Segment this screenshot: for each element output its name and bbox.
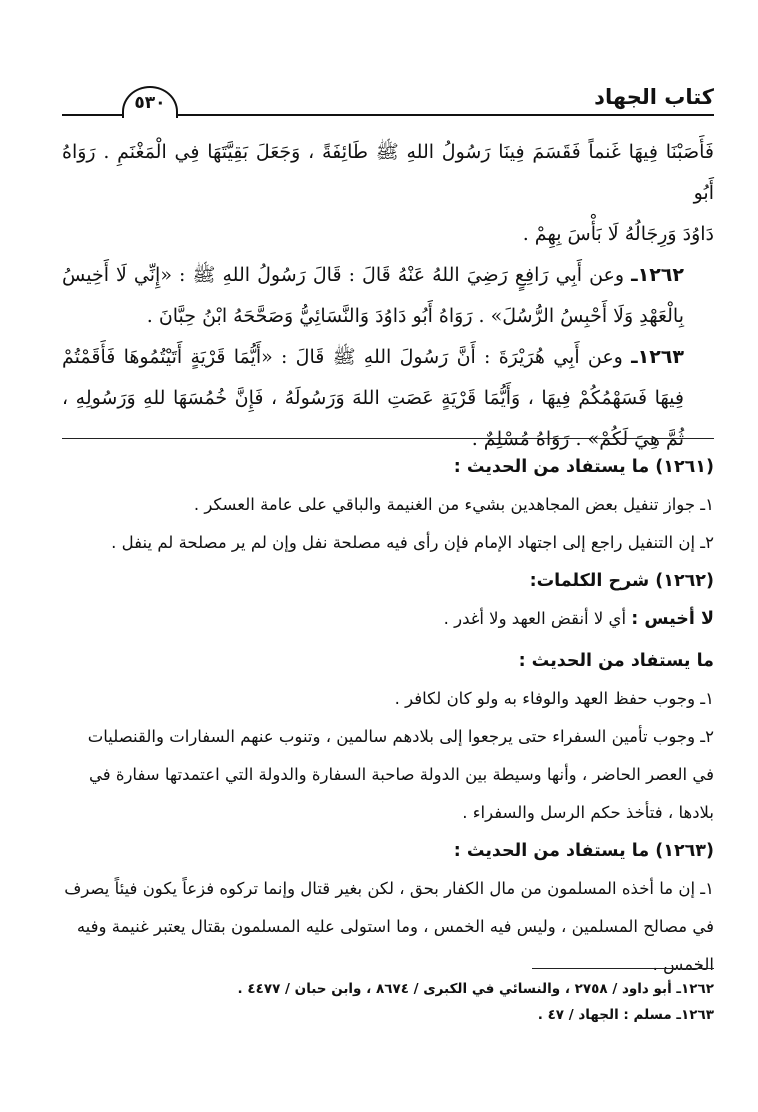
hadith-number: ١٢٦٣ـ xyxy=(631,346,684,368)
word-meaning: أي لا أنقض العهد ولا أغدر . xyxy=(444,609,626,628)
commentary: (١٢٦١) ما يستفاد من الحديث : ١ـ جواز تنف… xyxy=(62,448,714,984)
benefits-heading-1262: ما يستفاد من الحديث : xyxy=(62,642,714,680)
hadith-body: وعن أَبِي هُرَيْرَةَ : أَنَّ رَسُولَ الل… xyxy=(62,346,684,450)
benefit-item: ١ـ جواز تنفيل بعض المجاهدين بشيء من الغن… xyxy=(62,486,714,524)
hadith-text: فَأَصَبْنَا فِيهَا غَنماً فَقَسَمَ فِينَ… xyxy=(62,132,714,460)
hadith-1263: ١٢٦٣ـ وعن أَبِي هُرَيْرَةَ : أَنَّ رَسُو… xyxy=(62,337,714,460)
hadith-1262: ١٢٦٢ـ وعن أَبِي رَافِعٍ رَضِيَ اللهُ عَن… xyxy=(62,255,714,337)
section-divider xyxy=(62,438,714,439)
footnote-divider xyxy=(532,968,714,969)
benefit-item: ١ـ وجوب حفظ العهد والوفاء به ولو كان لكا… xyxy=(62,680,714,718)
footnote-item: ١٢٦٢ـ أبو داود / ٢٧٥٨ ، والنسائي في الكب… xyxy=(238,976,714,1002)
page-number: ٥٣٠ xyxy=(122,86,178,118)
word-term: لا أخيس : xyxy=(631,609,714,629)
section-heading-1261: (١٢٦١) ما يستفاد من الحديث : xyxy=(62,448,714,486)
benefit-item: ٢ـ إن التنفيل راجع إلى اجتهاد الإمام فإن… xyxy=(62,524,714,562)
hadith-continuation-line: فَأَصَبْنَا فِيهَا غَنماً فَقَسَمَ فِينَ… xyxy=(62,132,714,214)
word-definition: لا أخيس : أي لا أنقض العهد ولا أغدر . xyxy=(62,600,714,638)
benefit-item: ٢ـ وجوب تأمين السفراء حتى يرجعوا إلى بلا… xyxy=(62,718,714,832)
hadith-body: وعن أَبِي رَافِعٍ رَضِيَ اللهُ عَنْهُ قَ… xyxy=(62,264,684,327)
benefit-item: ١ـ إن ما أخذه المسلمون من مال الكفار بحق… xyxy=(62,870,714,984)
page-header: كتاب الجهاد ٥٣٠ xyxy=(62,82,714,116)
book-title: كتاب الجهاد xyxy=(594,85,714,109)
section-heading-1262: (١٢٦٢) شرح الكلمات: xyxy=(62,562,714,600)
hadith-continuation-line: دَاوُدَ وَرِجَالُهُ لَا بَأْسَ بِهِمْ . xyxy=(62,214,714,255)
section-heading-1263: (١٢٦٣) ما يستفاد من الحديث : xyxy=(62,832,714,870)
hadith-number: ١٢٦٢ـ xyxy=(631,264,684,286)
footnote-item: ١٢٦٣ـ مسلم : الجهاد / ٤٧ . xyxy=(238,1002,714,1028)
footnotes: ١٢٦٢ـ أبو داود / ٢٧٥٨ ، والنسائي في الكب… xyxy=(238,976,714,1028)
book-page: كتاب الجهاد ٥٣٠ فَأَصَبْنَا فِيهَا غَنما… xyxy=(62,0,714,1112)
